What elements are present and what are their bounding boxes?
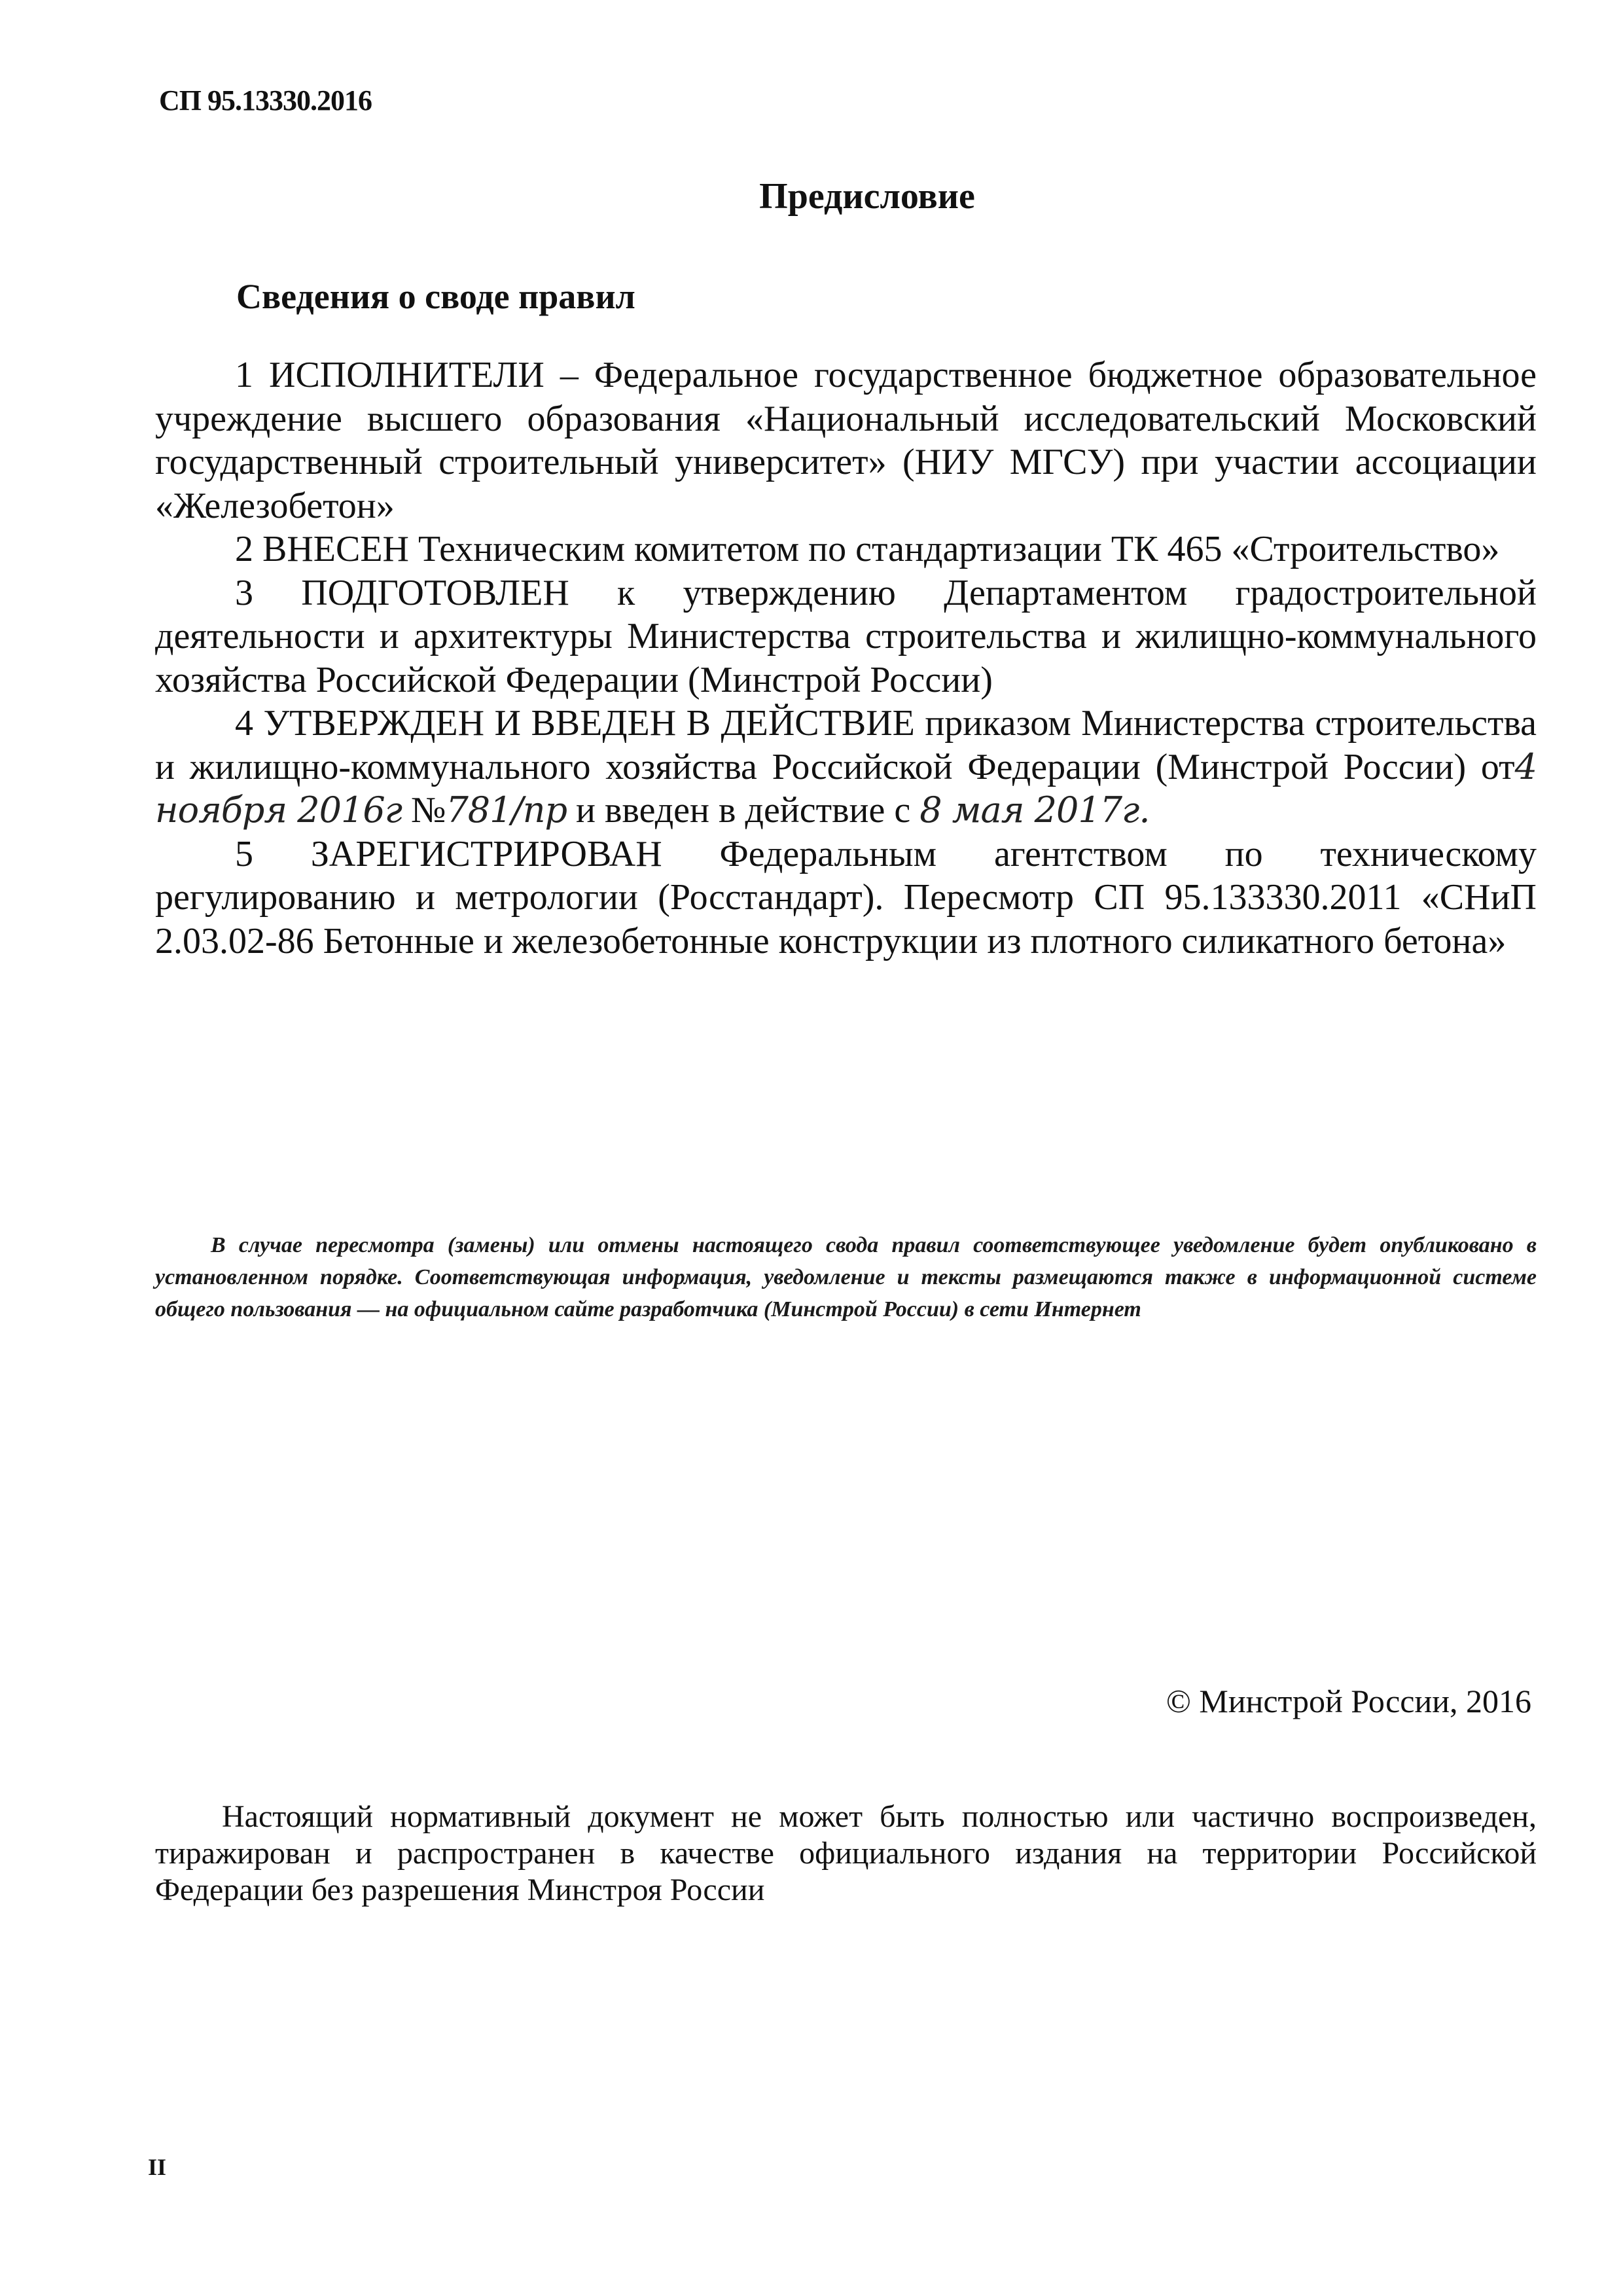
- item-text-effective: и введен в действие с: [567, 790, 919, 831]
- order-number-prefix: №: [402, 790, 446, 831]
- item-number: 3: [235, 573, 253, 613]
- item-label: ЗАРЕГИСТРИРОВАН: [311, 834, 662, 874]
- preface-items: 1 ИСПОЛНИТЕЛИ – Федеральное государствен…: [155, 353, 1537, 963]
- page-number: II: [148, 2153, 166, 2181]
- preface-item-3: 3 ПОДГОТОВЛЕН к утверждению Департаменто…: [155, 571, 1537, 702]
- preface-item-2: 2 ВНЕСЕН Техническим комитетом по станда…: [155, 528, 1537, 571]
- item-number: 1: [235, 355, 253, 395]
- item-label: ИСПОЛНИТЕЛИ: [269, 355, 544, 395]
- document-code: СП 95.13330.2016: [159, 84, 372, 117]
- item-number: 4: [235, 703, 253, 744]
- preface-item-4: 4 УТВЕРЖДЕН И ВВЕДЕН В ДЕЙСТВИЕ приказом…: [155, 702, 1537, 833]
- item-number: 5: [235, 834, 253, 874]
- page-title: Предисловие: [0, 175, 1623, 217]
- item-number: 2: [235, 529, 253, 569]
- preface-item-1: 1 ИСПОЛНИТЕЛИ – Федеральное государствен…: [155, 353, 1537, 528]
- item-label: УТВЕРЖДЕН И ВВЕДЕН В ДЕЙСТВИЕ: [263, 703, 914, 744]
- item-label: ПОДГОТОВЛЕН: [301, 573, 569, 613]
- item-label: ВНЕСЕН: [262, 529, 409, 569]
- handwritten-effective-date: 8 мая 2017г.: [919, 789, 1149, 831]
- revision-note: В случае пересмотра (замены) или отмены …: [155, 1229, 1537, 1325]
- section-heading: Сведения о своде правил: [236, 276, 635, 317]
- item-text: Техническим комитетом по стандартизации …: [409, 529, 1499, 569]
- preface-item-5: 5 ЗАРЕГИСТРИРОВАН Федеральным агентством…: [155, 833, 1537, 963]
- handwritten-order-number: 781/пр: [446, 789, 567, 831]
- reproduction-notice: Настоящий нормативный документ не может …: [155, 1799, 1537, 1909]
- copyright: © Минстрой России, 2016: [1166, 1682, 1531, 1720]
